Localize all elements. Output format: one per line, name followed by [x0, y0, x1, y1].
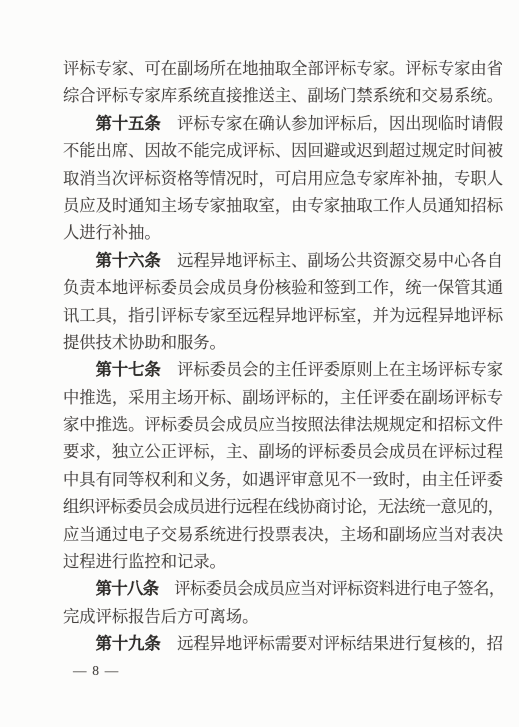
- text-line: 要求，独立公正评标，主、副场的评标委员会成员在评标过程: [63, 438, 503, 465]
- text-line: 过程进行监控和记录。: [63, 548, 503, 575]
- scanned-document-page: 评标专家、可在副场所在地抽取全部评标专家。评标专家由省 综合评标专家库系统直接推…: [0, 0, 519, 727]
- article-19-text: 远程异地评标需要对评标结果进行复核的，招: [161, 634, 503, 653]
- article-17-number: 第十七条: [96, 361, 161, 379]
- article-15-text: 评标专家在确认参加评标后，因出现临时请假: [161, 114, 503, 133]
- document-body: 评标专家、可在副场所在地抽取全部评标专家。评标专家由省 综合评标专家库系统直接推…: [63, 55, 503, 658]
- article-19-number: 第十九条: [96, 635, 161, 653]
- text-line: 综合评标专家库系统直接推送主、副场门禁系统和交易系统。: [63, 82, 503, 109]
- article-16-text: 远程异地评标主、副场公共资源交易中心各自: [161, 251, 503, 270]
- page-number: — 8 —: [73, 663, 120, 679]
- text-line: 中具有同等权利和义务，如遇评审意见不一致时，由主任评委: [63, 466, 503, 493]
- text-line: 组织评标委员会成员进行远程在线协商讨论，无法统一意见的，: [63, 493, 503, 520]
- article-15-number: 第十五条: [96, 115, 161, 133]
- article-18-line: 第十八条 评标委员会成员应当对评标资料进行电子签名，: [63, 575, 503, 602]
- article-18-text: 评标委员会成员应当对评标资料进行电子签名，: [159, 579, 505, 598]
- text-line: 员应及时通知主场专家抽取室，由专家抽取工作人员通知招标: [63, 192, 503, 219]
- text-line: 负责本地评标委员会成员身份核验和签到工作，统一保管其通: [63, 274, 503, 301]
- text-line: 应当通过电子交易系统进行投票表决，主场和副场应当对表决: [63, 521, 503, 548]
- text-line: 中推选，采用主场开标、副场评标的，主任评委在副场评标专: [63, 384, 503, 411]
- article-16-number: 第十六条: [96, 252, 161, 270]
- text-line: 不能出席、因故不能完成评标、因回避或迟到超过规定时间被: [63, 137, 503, 164]
- article-16-line: 第十六条 远程异地评标主、副场公共资源交易中心各自: [63, 247, 503, 274]
- text-line: 提供技术协助和服务。: [63, 329, 503, 356]
- text-line: 取消当次评标资格等情况时，可启用应急专家库补抽，专职人: [63, 165, 503, 192]
- article-17-line: 第十七条 评标委员会的主任评委原则上在主场评标专家: [63, 356, 503, 383]
- article-17-text: 评标委员会的主任评委原则上在主场评标专家: [161, 360, 503, 379]
- text-line: 家中推选。评标委员会成员应当按照法律法规规定和招标文件: [63, 411, 503, 438]
- text-line: 人进行补抽。: [63, 219, 503, 246]
- text-line: 完成评标报告后方可离场。: [63, 603, 503, 630]
- text-line: 评标专家、可在副场所在地抽取全部评标专家。评标专家由省: [63, 55, 503, 82]
- article-15-line: 第十五条 评标专家在确认参加评标后，因出现临时请假: [63, 110, 503, 137]
- article-19-line: 第十九条 远程异地评标需要对评标结果进行复核的，招: [63, 630, 503, 657]
- article-18-number: 第十八条: [96, 580, 159, 598]
- text-line: 讯工具，指引评标专家至远程异地评标室，并为远程异地评标: [63, 302, 503, 329]
